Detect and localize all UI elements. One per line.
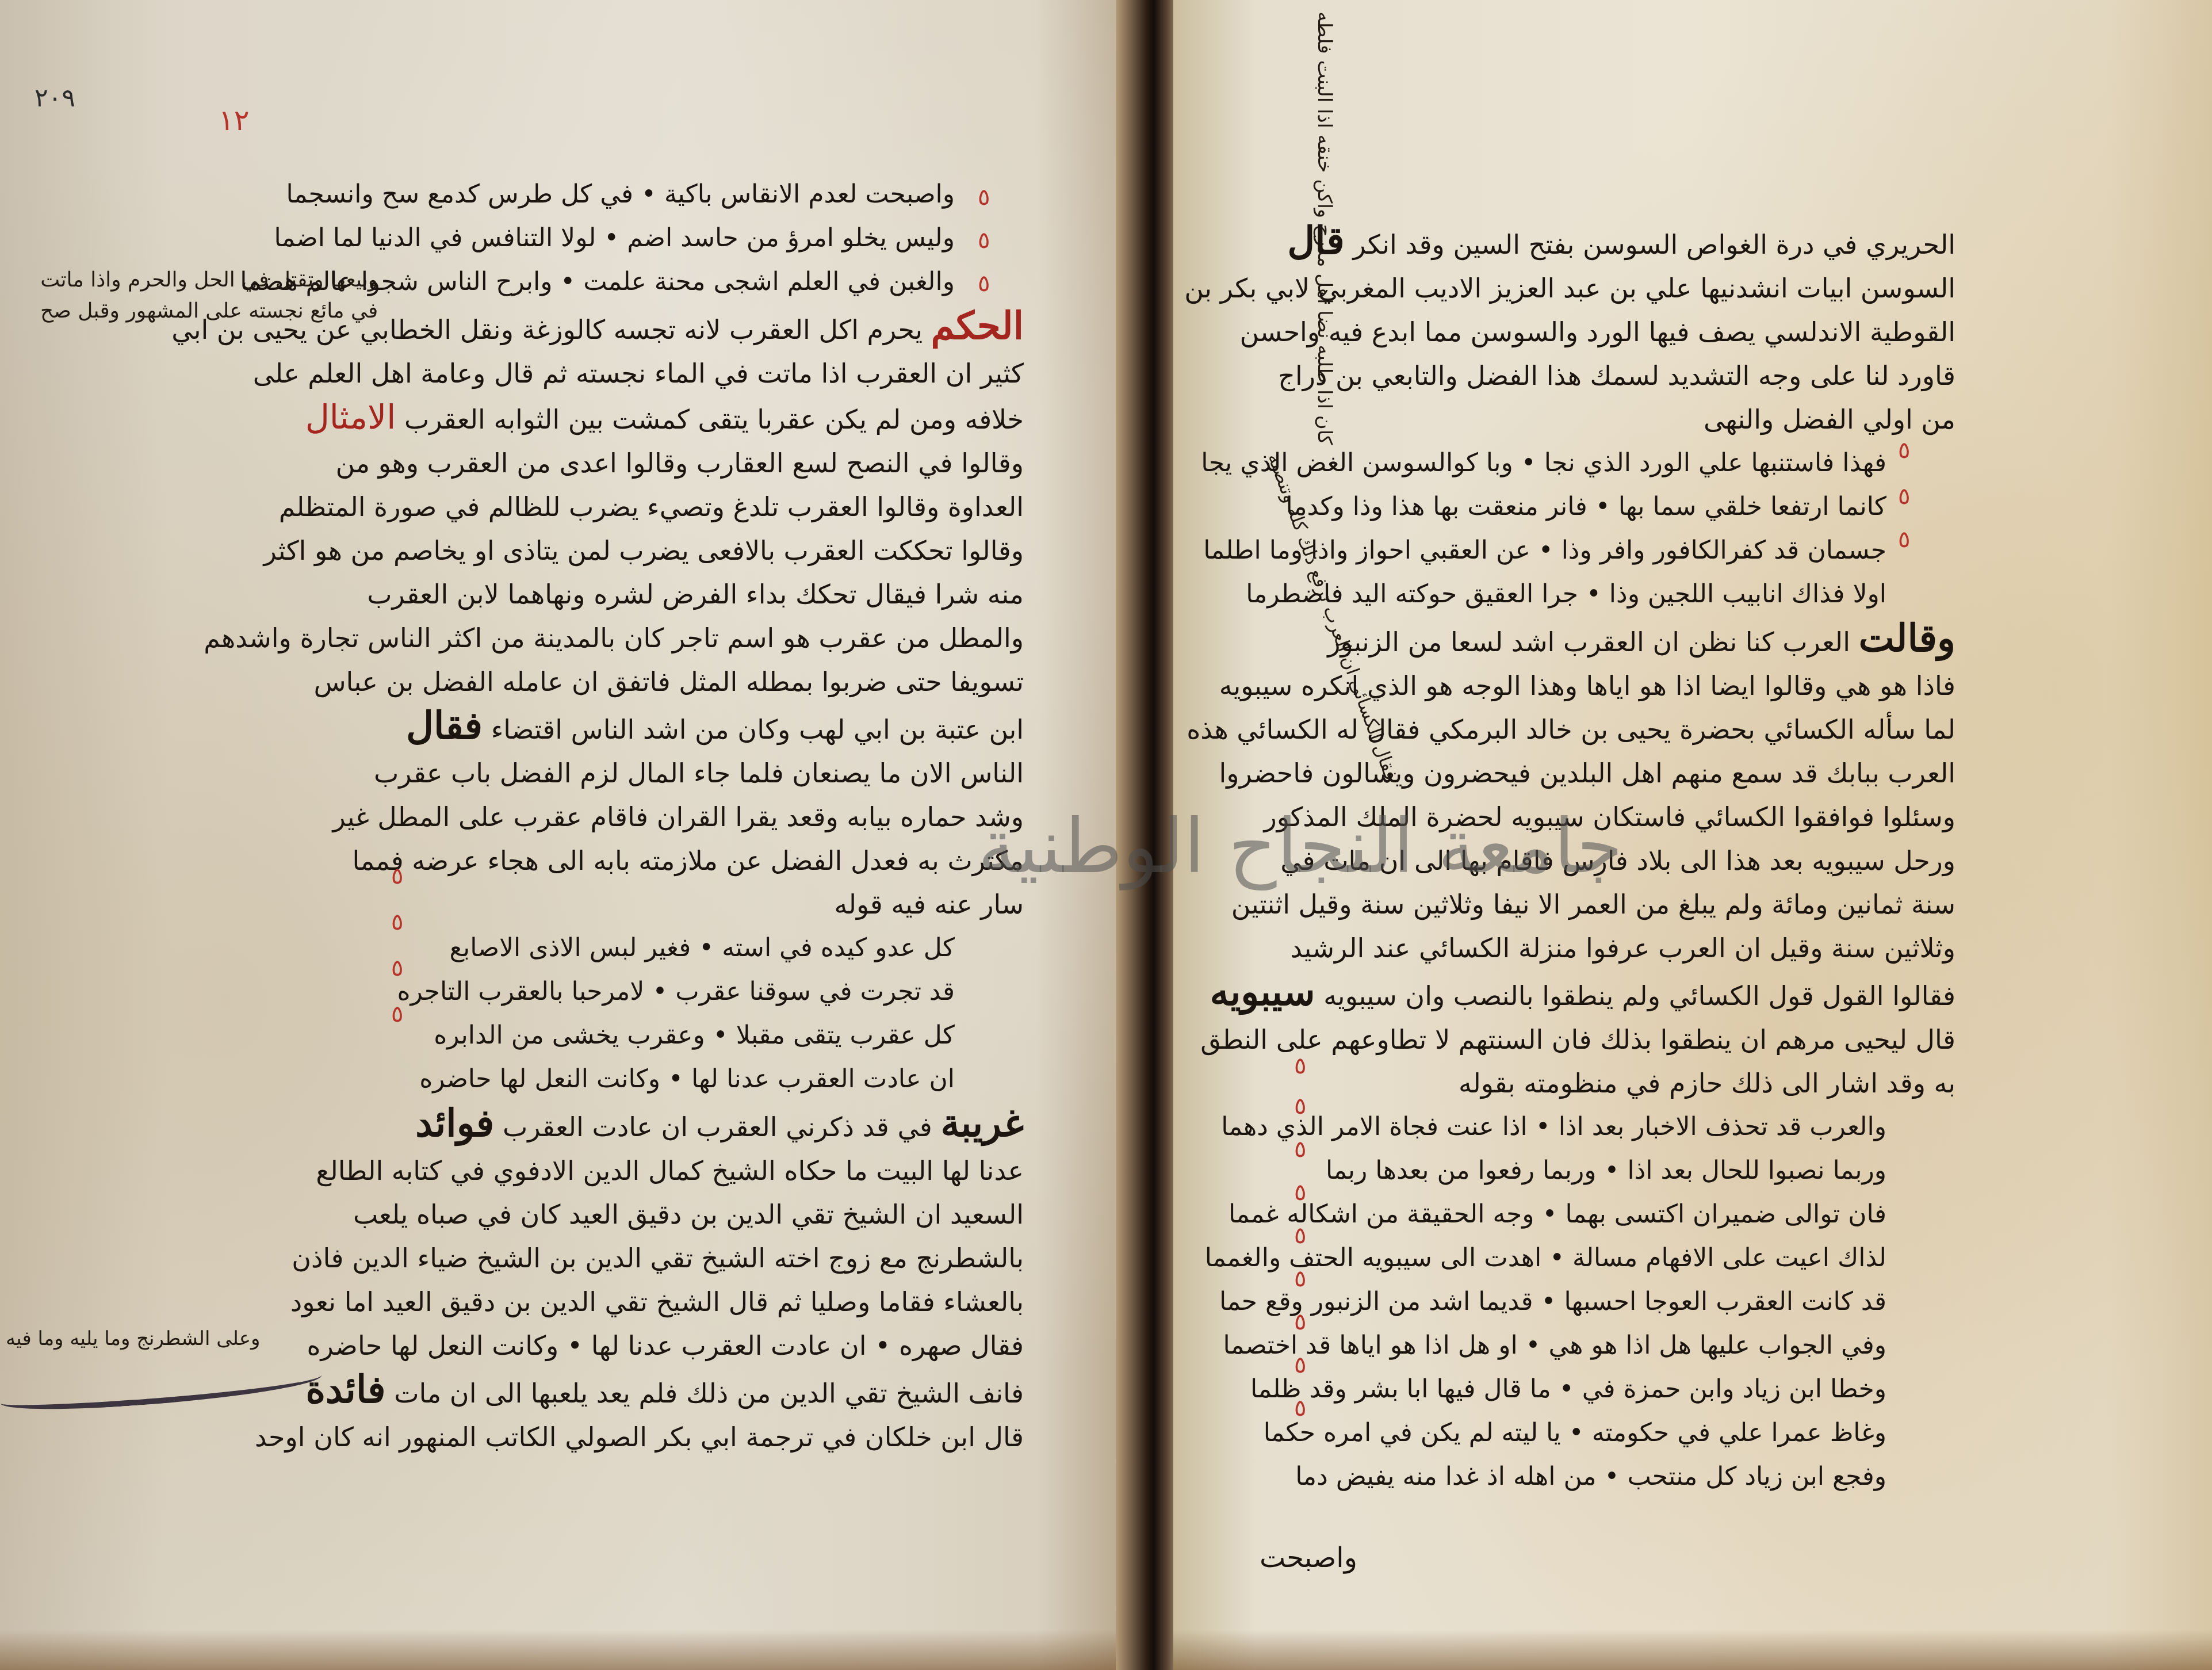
red-verse-marker: ٥: [1898, 437, 1910, 464]
water-stain: [0, 1630, 1127, 1670]
verse-line: وليس يخلو امرؤ من حاسد اضم • لولا التناف…: [380, 216, 1024, 260]
prose-line: من اولي الفضل والنهى: [1311, 398, 1955, 441]
prose-line: فقال صهره • ان عادت العقرب عدنا لها • وك…: [380, 1324, 1024, 1367]
water-stain: [1173, 1630, 2212, 1670]
prose-line: يحرم اكل العقرب لانه تجسه كالوزغة ونقل ا…: [171, 314, 923, 345]
verse-line: والغبن في العلم اشجى محنة علمت • وابرح ا…: [380, 260, 1024, 304]
red-verse-marker: ٥: [1294, 1179, 1306, 1206]
folio-number: ٢٠٩: [35, 83, 75, 113]
heading-sibawayh: سيبويه: [1210, 969, 1315, 1014]
left-manuscript-page: ٢٠٩ ١٢ وبيعها وتقتل في الحل والحرم واذا …: [0, 0, 1127, 1670]
left-page-text: واصبحت لعدم الانقاس باكية • في كل طرس كد…: [380, 173, 1024, 1459]
prose-line: كثير ان العقرب اذا ماتت في الماء نجسته ث…: [380, 351, 1024, 395]
library-watermark: جامعة النجاح الوطنية: [978, 802, 1623, 890]
verse-line: قد كانت العقرب العوجا احسبها • قديما اشد…: [1311, 1280, 1955, 1324]
red-verse-marker: ٥: [1294, 1093, 1306, 1119]
verse-line: وغاظ عمرا علي في حكومته • يا ليته لم يكن…: [1311, 1411, 1955, 1455]
prose-line: خلافه ومن لم يكن عقربا يتقى كمشت بين الث…: [404, 404, 1024, 435]
prose-line: به وقد اشار الى ذلك حازم في منظومته بقول…: [1311, 1061, 1955, 1105]
prose-line: تسويفا حتى ضربوا بمطله المثل فاتفق ان عا…: [380, 660, 1024, 704]
prose-line: سار عنه فيه قوله: [380, 882, 1024, 926]
verse-line: فان توالى ضميران اكتسى بهما • وجه الحقيق…: [1311, 1193, 1955, 1236]
prose-line: قاورد لنا على وجه التشديد لسمك هذا الفضل…: [1311, 354, 1955, 398]
prose-line: العرب ببابك قد سمع منهم اهل البلدين فيحض…: [1311, 751, 1955, 795]
red-verse-marker: ٥: [1898, 483, 1910, 510]
prose-line: فقالوا القول قول الكسائي ولم ينطقوا بالن…: [1323, 980, 1955, 1011]
catchword: واصبحت: [1260, 1542, 1357, 1574]
verse-line: كانما ارتفعا خلقي سما بها • فانر منعقت ب…: [1311, 485, 1955, 529]
prose-line: مكترث به فعدل الفضل عن ملازمته بابه الى …: [380, 839, 1024, 882]
verse-line: اولا فذاك انابيب اللجين وذا • جرا العقيق…: [1311, 572, 1955, 616]
prose-line: السوسن ابيات انشدنيها علي بن عبد العزيز …: [1311, 266, 1955, 310]
folio-number-red: ١٢: [219, 104, 250, 137]
rubric-heading-hukm: الحكم: [931, 303, 1024, 348]
prose-line: العرب كنا نظن ان العقرب اشد لسعا من الزن…: [1327, 626, 1850, 658]
heading-gharibah: غريبة: [940, 1100, 1024, 1145]
verse-line: وفجع ابن زياد كل منتحب • من اهله اذ غدا …: [1311, 1455, 1955, 1499]
red-verse-marker: ٥: [978, 184, 990, 211]
prose-line: قال ابن خلكان في ترجمة ابي بكر الصولي ال…: [380, 1415, 1024, 1459]
prose-line: الحريري في درة الغواص السوسن بفتح السين …: [1353, 229, 1955, 260]
red-verse-marker: ٥: [1898, 526, 1910, 553]
red-verse-marker: ٥: [978, 270, 990, 297]
margin-note-lower: وعلى الشطرنج وما يليه وما فيه: [6, 1323, 260, 1354]
red-verse-marker: ٥: [978, 227, 990, 254]
red-verse-marker: ٥: [391, 1001, 403, 1027]
ink-stroke: [0, 1364, 323, 1415]
heading-waqalat: وقالت: [1859, 616, 1955, 660]
prose-line: قال ليحيى مرهم ان ينطقوا بذلك فان السنته…: [1311, 1018, 1955, 1061]
prose-line: الناس الان ما يصنعان فلما جاء المال لزم …: [380, 751, 1024, 795]
prose-line: بالشطرنج مع زوج اخته الشيخ تقي الدين بن …: [380, 1236, 1024, 1280]
rubric-heading-amthal: الامثال: [305, 398, 396, 437]
prose-line: فانف الشيخ تقي الدين من ذلك فلم يعد يلعب…: [394, 1378, 1024, 1409]
heading-faidah: فائدة: [305, 1367, 385, 1412]
verse-line: ان عادت العقرب عدنا لها • وكانت النعل له…: [380, 1057, 1024, 1101]
red-verse-marker: ٥: [1294, 1352, 1306, 1378]
red-verse-marker: ٥: [1294, 1222, 1306, 1249]
prose-line: فاذا هو هي وقالوا ايضا اذا هو اياها وهذا…: [1311, 664, 1955, 708]
prose-line: وقالوا تحككت العقرب بالافعى يضرب لمن يتا…: [380, 529, 1024, 572]
verse-line: والعرب قد تحذف الاخبار بعد اذا • اذا عنت…: [1311, 1105, 1955, 1149]
prose-line: عدنا لها البيت ما حكاه الشيخ كمال الدين …: [380, 1149, 1024, 1193]
prose-line: والمطل من عقرب هو اسم تاجر كان بالمدينة …: [380, 616, 1024, 660]
prose-line: السعيد ان الشيخ تقي الدين بن دقيق العيد …: [380, 1193, 1024, 1236]
verse-line: واصبحت لعدم الانقاس باكية • في كل طرس كد…: [380, 173, 1024, 216]
red-verse-marker: ٥: [1294, 1053, 1306, 1079]
verse-line: وخطا ابن زياد وابن حمزة في • ما قال فيها…: [1311, 1367, 1955, 1411]
prose-line: وقالوا في النصح لسع العقارب وقالوا اعدى …: [380, 441, 1024, 485]
verse-line: فهذا فاستنبها علي الورد الذي نجا • وبا ك…: [1311, 441, 1955, 485]
red-verse-marker: ٥: [391, 909, 403, 935]
prose-line: القوطية الاندلسي يصف فيها الورد والسوسن …: [1311, 310, 1955, 354]
verse-line: قد تجرت في سوقنا عقرب • لامرحبا بالعقرب …: [380, 970, 1024, 1014]
prose-line: ابن عتبة بن ابي لهب وكان من اشد الناس اق…: [491, 714, 1024, 745]
verse-line: كل عدو كيده في استه • فغير لبس الاذى الا…: [380, 926, 1024, 970]
red-verse-marker: ٥: [391, 955, 403, 981]
verse-line: كل عقرب يتقى مقبلا • وعقرب يخشى من الداب…: [380, 1014, 1024, 1057]
prose-line: منه شرا فيقال تحكك بداء الفرض لشره ونهاه…: [380, 572, 1024, 616]
red-verse-marker: ٥: [1294, 1136, 1306, 1163]
prose-line: بالعشاء فقاما وصليا ثم قال الشيخ تقي الد…: [380, 1280, 1024, 1324]
heading-qal: قال: [1287, 218, 1345, 263]
heading-fawaid: فوائد: [415, 1100, 494, 1145]
verse-line: لذاك اعيت على الافهام مسالة • اهدت الى س…: [1311, 1236, 1955, 1280]
prose-line: وثلاثين سنة وقيل ان العرب عرفوا منزلة ال…: [1311, 926, 1955, 970]
prose-line: في قد ذكرني العقرب ان عادت العقرب: [503, 1111, 932, 1142]
prose-line: وشد حماره بيابه وقعد يقرا القران فاقام ع…: [380, 795, 1024, 839]
prose-line: لما سأله الكسائي بحضرة يحيى بن خالد البر…: [1311, 708, 1955, 751]
red-verse-marker: ٥: [1294, 1395, 1306, 1421]
red-verse-marker: ٥: [1294, 1309, 1306, 1335]
verse-line: جسمان قد كفرالكافور وافر وذا • عن العقبي…: [1311, 529, 1955, 572]
prose-line: العداوة وقالوا العقرب تلدغ وتصيء يضرب لل…: [380, 485, 1024, 529]
red-verse-marker: ٥: [391, 863, 403, 889]
red-verse-marker: ٥: [1294, 1266, 1306, 1292]
heading-faqal: فقال: [406, 703, 483, 748]
verse-line: وفي الجواب عليها هل اذا هو هي • او هل اذ…: [1311, 1324, 1955, 1367]
verse-line: وربما نصبوا للحال بعد اذا • وربما رفعوا …: [1311, 1149, 1955, 1193]
